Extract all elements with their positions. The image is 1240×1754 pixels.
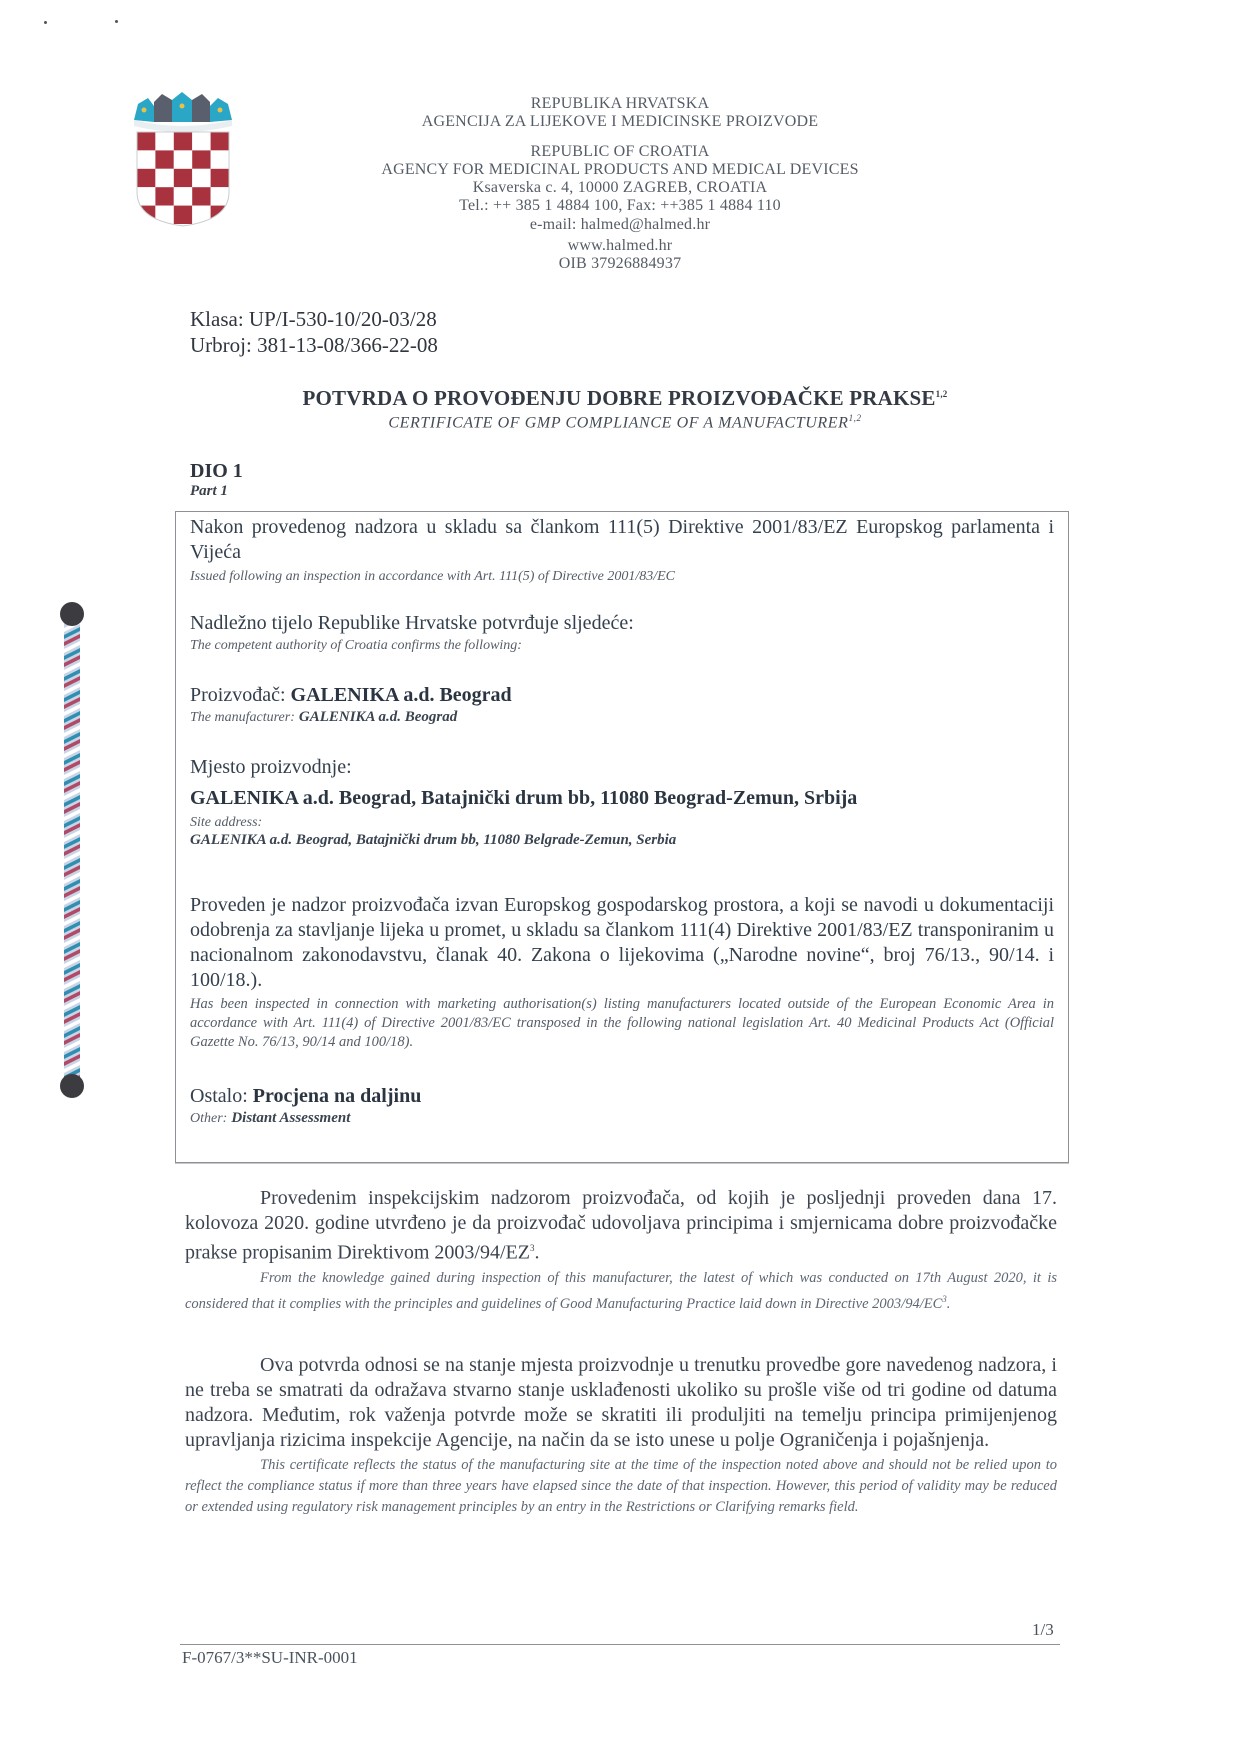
inspection-section: Proveden je nadzor proizvođača izvan Eur… xyxy=(190,893,1054,1052)
compliance-paragraph: Provedenim inspekcijskim nadzorom proizv… xyxy=(185,1186,1057,1314)
issued-section: Nakon provedenog nadzora u skladu sa čla… xyxy=(190,515,1054,586)
agency-address: Ksaverska c. 4, 10000 ZAGREB, CROATIA xyxy=(230,179,1010,197)
page-number: 1/3 xyxy=(1032,1620,1054,1640)
site-section: Mjesto proizvodnje: GALENIKA a.d. Beogra… xyxy=(190,755,1054,849)
title-en: CERTIFICATE OF GMP COMPLIANCE OF A MANUF… xyxy=(160,413,1090,432)
compliance-hr: Provedenim inspekcijskim nadzorom proizv… xyxy=(185,1187,1057,1264)
other-value-en: Distant Assessment xyxy=(231,1110,350,1126)
footer-divider xyxy=(180,1644,1060,1645)
manufacturer-value: GALENIKA a.d. Beograd xyxy=(291,684,512,706)
document-title: POTVRDA O PROVOĐENJU DOBRE PROIZVOĐAČKE … xyxy=(160,386,1090,432)
site-label-hr: Mjesto proizvodnje: xyxy=(190,755,1054,780)
validity-hr: Ova potvrda odnosi se na stanje mjesta p… xyxy=(185,1353,1057,1453)
scan-speck xyxy=(115,20,118,23)
agency-phone-fax: Tel.: ++ 385 1 4884 100, Fax: ++385 1 48… xyxy=(230,197,1010,215)
site-label-en: Site address: xyxy=(190,813,1054,832)
authority-en: The competent authority of Croatia confi… xyxy=(190,636,1054,655)
authority-section: Nadležno tijelo Republike Hrvatske potvr… xyxy=(190,611,1054,655)
manufacturer-label-hr: Proizvođač: xyxy=(190,684,286,706)
agency-header: REPUBLIKA HRVATSKA AGENCIJA ZA LIJEKOVE … xyxy=(230,95,1010,273)
manufacturer-value-en: GALENIKA a.d. Beograd xyxy=(299,709,457,725)
scan-speck xyxy=(44,21,47,24)
issued-en: Issued following an inspection in accord… xyxy=(190,567,1054,586)
other-label-hr: Ostalo: xyxy=(190,1085,248,1107)
compliance-en: From the knowledge gained during inspect… xyxy=(185,1270,1057,1312)
site-value-hr: GALENIKA a.d. Beograd, Batajnički drum b… xyxy=(190,786,1054,811)
part1-box: Nakon provedenog nadzora u skladu sa čla… xyxy=(175,511,1069,1163)
other-value-hr: Procjena na daljinu xyxy=(253,1085,422,1107)
form-code: F-0767/3**SU-INR-0001 xyxy=(182,1648,358,1668)
manufacturer-label-en: The manufacturer: xyxy=(190,710,295,725)
reference-block: Klasa: UP/I-530-10/20-03/28 Urbroj: 381-… xyxy=(190,306,438,358)
country-name-hr: REPUBLIKA HRVATSKA xyxy=(230,95,1010,113)
croatian-coat-of-arms-icon xyxy=(132,92,234,227)
inspection-hr: Proveden je nadzor proizvođača izvan Eur… xyxy=(190,893,1054,993)
country-name-en: REPUBLIC OF CROATIA xyxy=(230,143,1010,161)
binding-cord-icon xyxy=(52,600,92,1100)
validity-en: This certificate reflects the status of … xyxy=(185,1455,1057,1518)
agency-website: www.halmed.hr xyxy=(230,237,1010,255)
issued-hr: Nakon provedenog nadzora u skladu sa čla… xyxy=(190,515,1054,565)
klasa: Klasa: UP/I-530-10/20-03/28 xyxy=(190,306,438,332)
agency-name-en: AGENCY FOR MEDICINAL PRODUCTS AND MEDICA… xyxy=(230,161,1010,179)
validity-paragraph: Ova potvrda odnosi se na stanje mjesta p… xyxy=(185,1353,1057,1518)
site-value-en: GALENIKA a.d. Beograd, Batajnički drum b… xyxy=(190,832,1054,849)
part-heading: DIO 1 Part 1 xyxy=(190,460,243,500)
authority-hr: Nadležno tijelo Republike Hrvatske potvr… xyxy=(190,611,1054,636)
title-hr: POTVRDA O PROVOĐENJU DOBRE PROIZVOĐAČKE … xyxy=(160,386,1090,411)
agency-oib: OIB 37926884937 xyxy=(230,255,1010,273)
part-heading-en: Part 1 xyxy=(190,483,243,500)
agency-name-hr: AGENCIJA ZA LIJEKOVE I MEDICINSKE PROIZV… xyxy=(230,113,1010,131)
agency-email: e-mail: halmed@halmed.hr xyxy=(230,216,1010,234)
part-heading-hr: DIO 1 xyxy=(190,460,243,483)
inspection-en: Has been inspected in connection with ma… xyxy=(190,995,1054,1052)
manufacturer-section: Proizvođač: GALENIKA a.d. Beograd The ma… xyxy=(190,683,1054,727)
other-label-en: Other: xyxy=(190,1111,227,1126)
urbroj: Urbroj: 381-13-08/366-22-08 xyxy=(190,332,438,358)
other-section: Ostalo: Procjena na daljinu Other: Dista… xyxy=(190,1084,1054,1128)
